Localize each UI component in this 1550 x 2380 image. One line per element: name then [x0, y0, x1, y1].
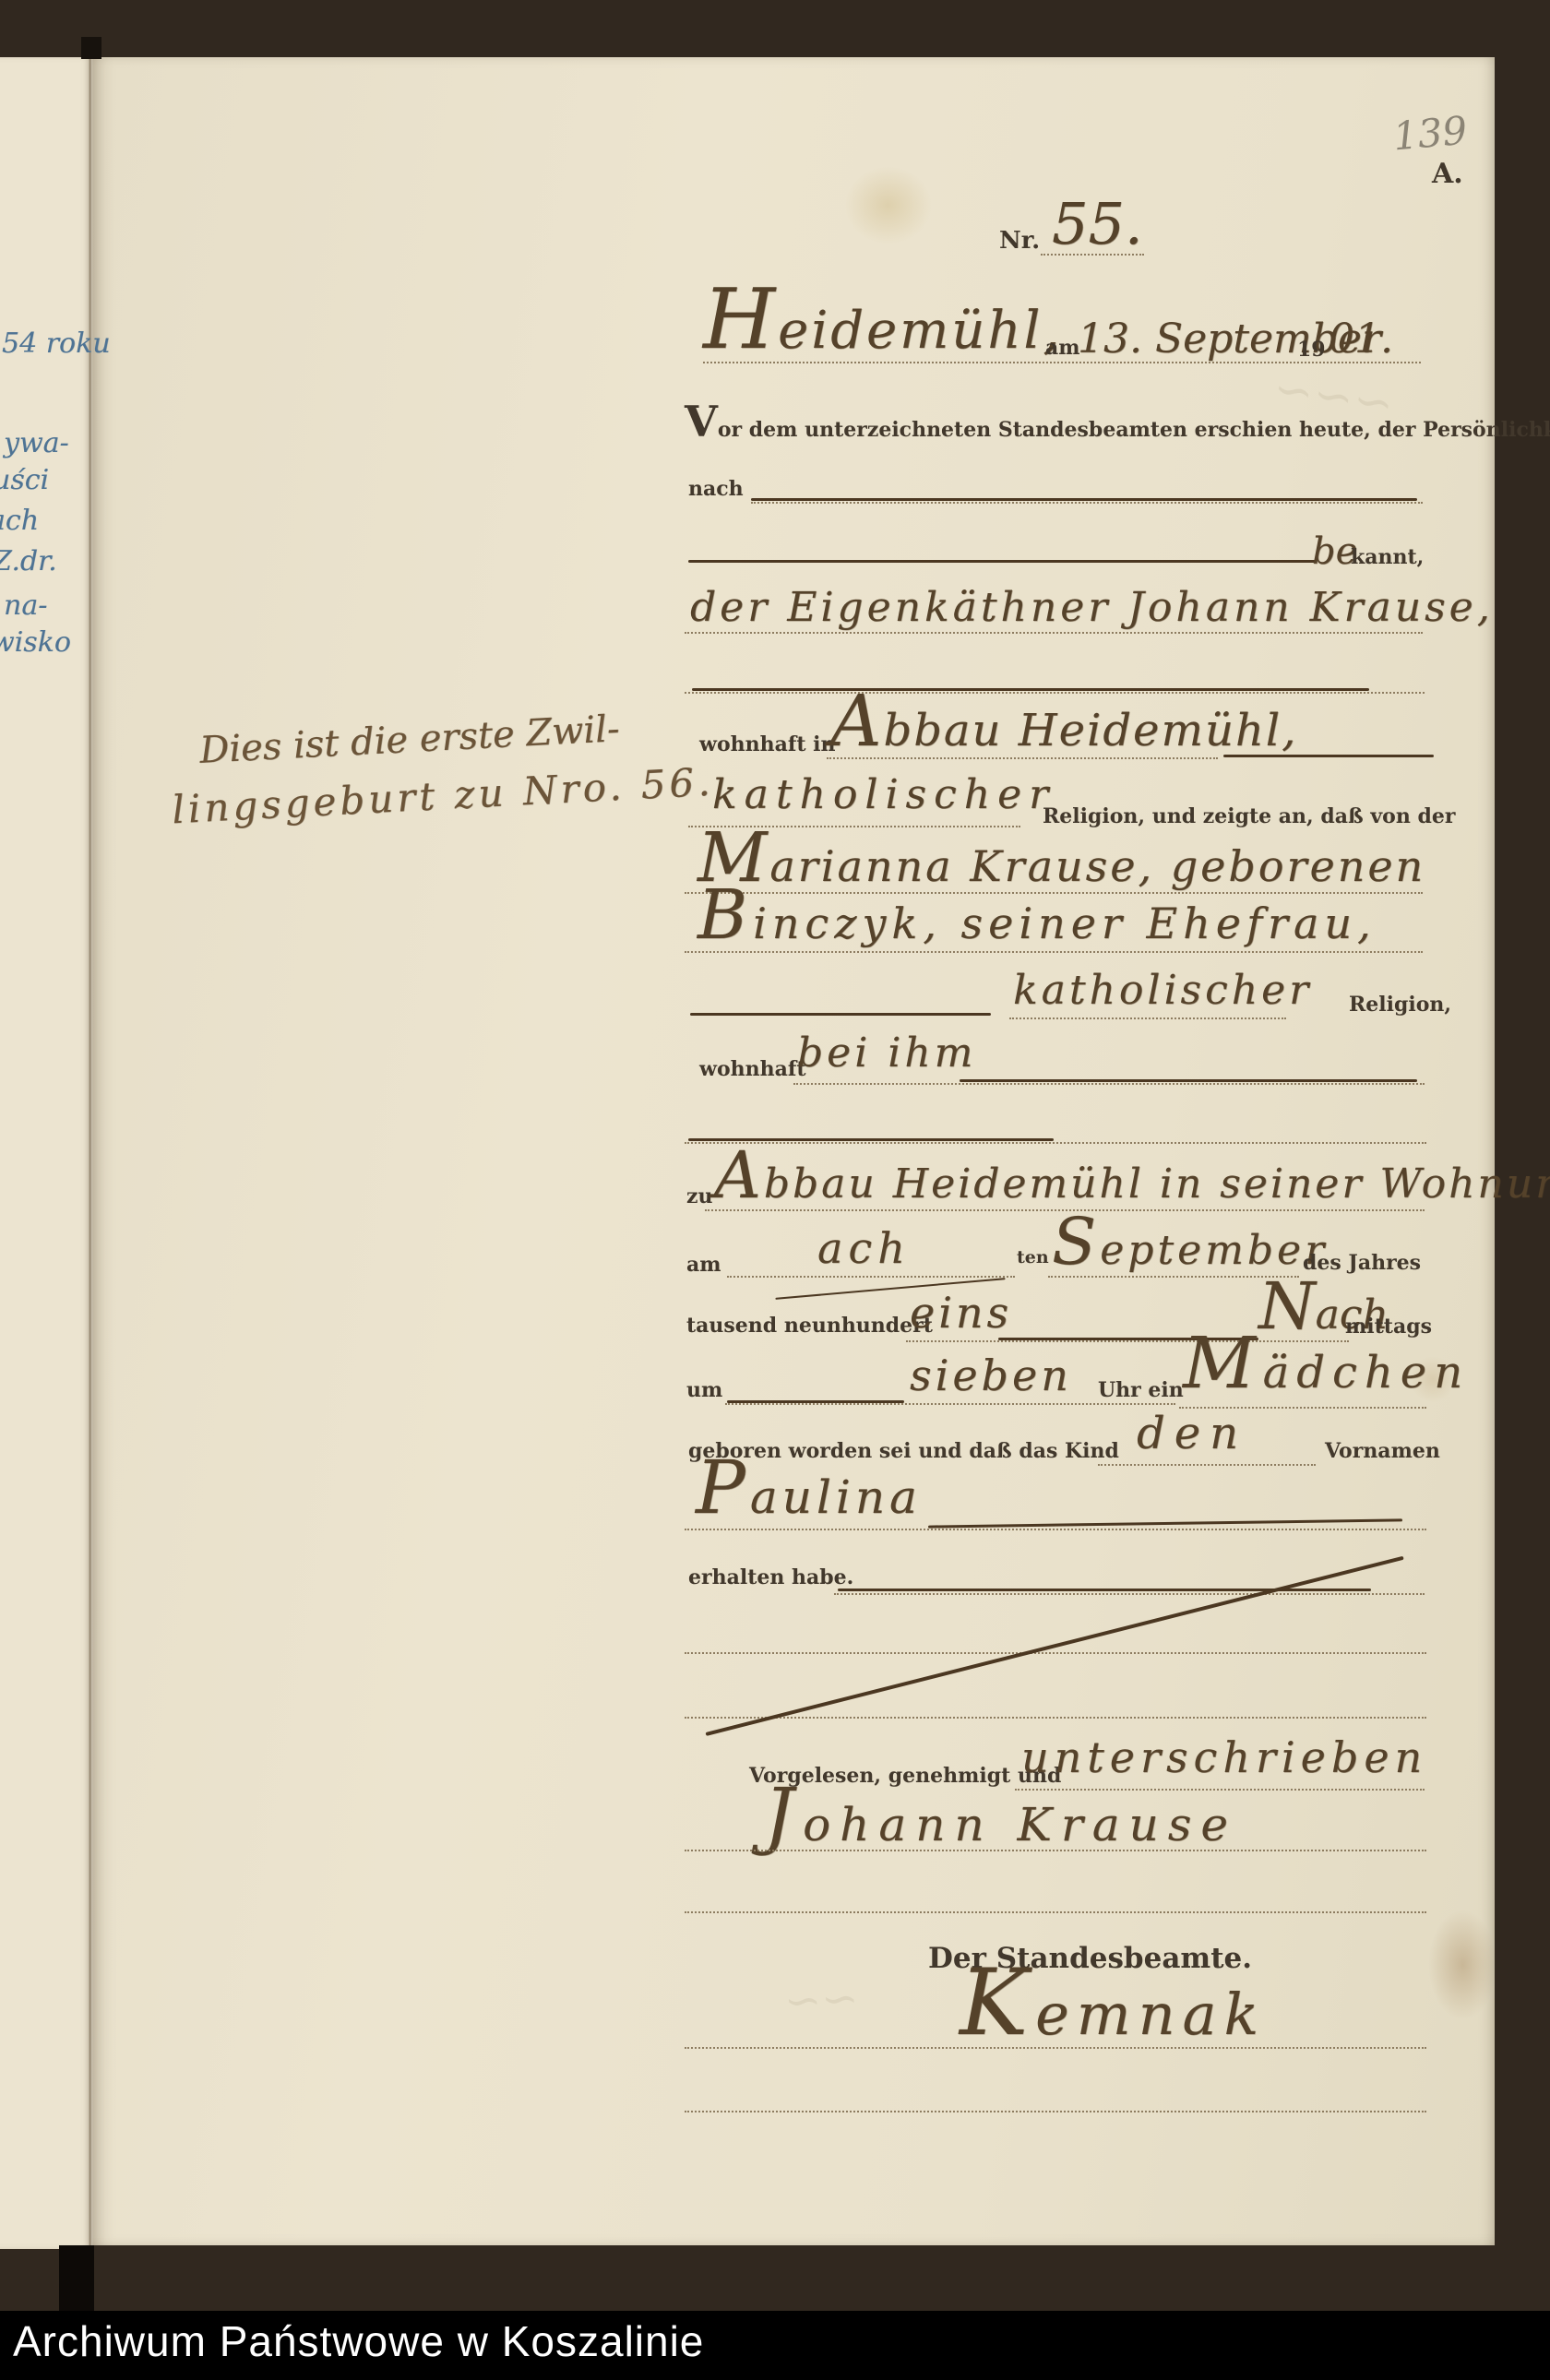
nach-label: nach — [688, 479, 744, 499]
child-sex-entry: Mädchen — [1183, 1351, 1470, 1395]
ink-stroke — [960, 1079, 1417, 1082]
gutter-shadow — [59, 2245, 94, 2312]
ruled-line — [685, 1911, 1426, 1913]
ink-bleed-ghost: ∽∽ — [783, 1972, 860, 2028]
ruled-line — [685, 1142, 1426, 1144]
ink-stroke — [688, 560, 1316, 563]
first-name-entry: Paulina — [696, 1473, 922, 1520]
ruled-line — [834, 1593, 1425, 1595]
ruled-line — [685, 692, 1425, 694]
ruled-line — [685, 892, 1423, 894]
mother-name-entry: Marianna Krause, geborenen — [697, 845, 1425, 887]
birth-day-entry: ach — [817, 1227, 911, 1269]
hour-entry: sieben — [910, 1354, 1072, 1397]
section-letter: A. — [1432, 161, 1463, 188]
document-scan: { "corner": { "page_number_pencil": "139… — [0, 0, 1550, 2380]
des-jahres-label: des Jahres — [1303, 1253, 1421, 1273]
religion1-entry: katholischer — [712, 775, 1055, 815]
erhalten-label: erhalten habe. — [688, 1567, 853, 1588]
ruled-line — [685, 1652, 1426, 1654]
mother-maiden-entry: Binczyk, seiner Ehefrau, — [697, 902, 1377, 945]
ten-label: ten — [1017, 1249, 1049, 1267]
declarant-entry: der Eigenkäthner Johann Krause, — [690, 588, 1494, 628]
prev-page-fragment: na- — [4, 592, 47, 620]
ruled-line — [685, 951, 1423, 953]
religion2-entry: katholischer — [1013, 970, 1312, 1011]
ruled-line — [1009, 1017, 1286, 1019]
uhr-ein-label: Uhr ein — [1098, 1380, 1184, 1400]
prev-page-fragment: uści — [0, 467, 49, 494]
registrar-signature: Kemnak — [960, 1985, 1266, 2043]
place-entry: Heidemühl, — [703, 304, 1062, 357]
geboren-label: geboren worden sei und daß das Kind — [688, 1441, 1119, 1461]
ruled-line — [703, 362, 1421, 363]
year-entry: 01. — [1329, 319, 1393, 360]
ink-stroke — [838, 1589, 1371, 1591]
ruled-line — [1098, 1464, 1316, 1466]
page-number-pencil: 139 — [1391, 108, 1469, 160]
wohnhaft-in-label: wohnhaft in — [699, 734, 836, 755]
ruled-line — [685, 632, 1423, 634]
ruled-line — [685, 1850, 1426, 1851]
ruled-line — [751, 502, 1423, 504]
vornamen-label: Vornamen — [1325, 1441, 1440, 1461]
religion2-label: Religion, — [1349, 994, 1451, 1015]
form-intro-line: Vor dem unterzeichneten Standesbeamten e… — [685, 411, 1550, 440]
birth-place-entry: Abbau Heidemühl in seiner Wohnung — [714, 1162, 1550, 1205]
birth-month-entry: September — [1052, 1229, 1328, 1271]
prev-page-fragment: ywa- — [4, 430, 69, 458]
ruled-line — [906, 1340, 1349, 1342]
ink-stroke — [1223, 755, 1434, 757]
residence-entry: Abbau Heidemühl, — [830, 708, 1297, 753]
gutter-notch — [81, 37, 101, 59]
prev-page-fragment: Z.dr. — [0, 548, 57, 576]
year-printed: 19 — [1297, 339, 1326, 360]
um-label: um — [686, 1380, 722, 1400]
record-number-label: Nr. — [999, 229, 1040, 253]
am2-label: am — [686, 1255, 721, 1275]
record-number-value: 55. — [1052, 196, 1143, 253]
mittags-label: mittags — [1345, 1316, 1432, 1337]
prev-page-fragment: 54 roku — [2, 330, 111, 358]
ruled-line — [685, 1717, 1426, 1719]
tausend-label: tausend neunhundert — [686, 1315, 933, 1336]
am-label: am — [1045, 338, 1080, 358]
prev-page-fragment: wisko — [0, 629, 71, 657]
ruled-line — [827, 757, 1218, 759]
den-entry: den — [1137, 1411, 1247, 1456]
ink-stroke — [690, 1013, 991, 1016]
zu-label: zu — [686, 1186, 713, 1207]
ink-stroke — [751, 498, 1417, 501]
wohnhaft-entry: bei ihm — [797, 1033, 976, 1074]
ruled-line — [1041, 254, 1144, 256]
kannt-label: kannt, — [1351, 547, 1424, 567]
ink-stroke — [692, 688, 1369, 691]
ruled-line — [725, 1403, 1175, 1405]
archive-watermark-bar: Archiwum Państwowe w Koszalinie — [0, 2311, 1550, 2380]
declarant-signature: Johann Krause — [764, 1801, 1237, 1848]
wohnhaft-label: wohnhaft — [699, 1059, 805, 1079]
binding-crease — [89, 57, 93, 2248]
ruled-line — [685, 2047, 1426, 2049]
unterschrieben-entry: unterschrieben — [1021, 1736, 1427, 1779]
year-word-entry: eins — [910, 1291, 1012, 1334]
ruled-line — [727, 1276, 1015, 1278]
ruled-line — [1015, 1789, 1425, 1791]
ruled-line — [685, 2111, 1426, 2112]
religion1-label: Religion, und zeigte an, daß von der — [1043, 806, 1455, 827]
prev-page-fragment: ach — [0, 507, 39, 535]
ruled-line — [685, 1529, 1426, 1530]
archive-name: Archiwum Państwowe w Koszalinie — [13, 2316, 704, 2366]
ruled-line — [793, 1083, 1425, 1085]
previous-page-edge — [0, 57, 92, 2249]
